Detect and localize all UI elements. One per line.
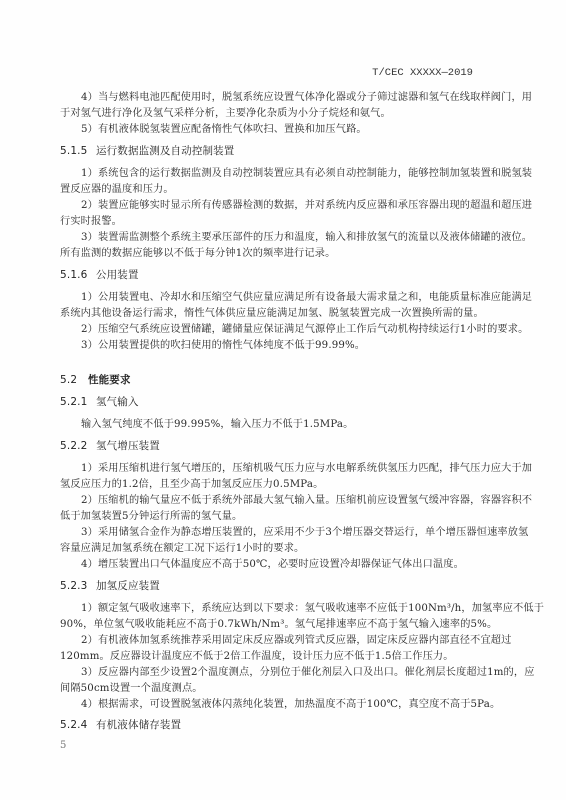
paragraph-line: 间隔50cm设置一个温度测点。	[60, 682, 203, 695]
section-heading-5-2-1: 5.2.1氢气输入	[60, 396, 139, 409]
paragraph-line: 4）增压装置出口气体温度应不高于50℃，必要时应设置冷却器保证气体出口温度。	[81, 558, 464, 571]
section-heading-5-2-2: 5.2.2氢气增压装置	[60, 440, 160, 453]
paragraph-line: 4）当与燃料电池匹配使用时，脱氢系统应设置气体净化器或分子筛过滤器和氢气在线取样…	[81, 91, 532, 104]
paragraph-line: 3）公用装置提供的吹扫使用的惰性气体纯度不低于99.99%。	[81, 339, 365, 352]
paragraph-line: 低于加氢装置5分钟运行所需的氢气量。	[60, 510, 242, 523]
paragraph-line: 120mm。反应器设计温度应不低于2倍工作温度，设计压力应不低于1.5倍工作压力…	[60, 650, 454, 663]
paragraph-line: 3）反应器内部至少设置2个温度测点，分别位于催化剂层入口及出口。催化剂层长度超过…	[81, 666, 535, 679]
section-number: 5.1.5	[60, 145, 96, 158]
paragraph-line: 4）根据需求，可设置脱氢液体闪蒸纯化装置，加热温度不高于100℃，真空度不高于5…	[81, 698, 500, 711]
paragraph-line: 容量应满足加氢系统在额定工况下运行1小时的要求。	[60, 542, 304, 555]
paragraph-line: 90%，单位氢气吸收能耗应不高于0.7kWh/Nm³。氢气尾排速率应不高于氢气输…	[60, 618, 497, 631]
paragraph-line: 1）系统包含的运行数据监测及自动控制装置应具有必须自动控制能力，能够控制加氢装置…	[81, 167, 532, 180]
paragraph-line: 2）压缩空气系统应设置储罐，罐储量应保证满足气源停止工作后气动机构持续运行1小时…	[81, 323, 528, 336]
section-title: 有机液体储存装置	[96, 719, 181, 731]
section-number: 5.2.3	[60, 580, 96, 593]
paragraph-line: 置反应器的温度和压力。	[60, 183, 174, 196]
paragraph-line: 2）有机液体加氢系统推荐采用固定床反应器或列管式反应器，固定床反应器内部直径不宜…	[81, 634, 511, 647]
section-number: 5.1.6	[60, 269, 96, 282]
section-number: 5.2	[60, 374, 88, 387]
section-number: 5.2.4	[60, 719, 96, 732]
section-heading-5-2: 5.2性能要求	[60, 374, 131, 387]
section-title: 加氢反应装置	[96, 580, 160, 592]
section-title: 公用装置	[96, 269, 139, 281]
paragraph-line: 系统内其他设备运行需求，惰性气体供应量应能满足加氢、脱氢装置完成一次置换所需的量…	[60, 307, 484, 320]
section-heading-5-1-5: 5.1.5运行数据监测及自动控制装置	[60, 145, 234, 158]
paragraph-line: 氢反应压力的1.2倍，且至少高于加氢反应压力0.5MPa。	[60, 478, 323, 491]
paragraph-line: 所有监测的数据应能够以不低于每分钟1次的频率进行记录。	[60, 247, 335, 260]
section-title: 性能要求	[88, 374, 131, 386]
paragraph-line: 3）采用储氢合金作为静态增压装置的，应采用不少于3个增压器交替运行，单个增压器恒…	[81, 526, 528, 539]
paragraph-line: 5）有机液体脱氢装置应配备惰性气体吹扫、置换和加压气路。	[81, 123, 367, 136]
paragraph-line: 于对氢气进行净化及氢气采样分析，主要净化杂质为小分子烷烃和氨气。	[60, 107, 391, 120]
paragraph-line: 2）压缩机的输气量应不低于系统外部最大氢气输入量。压缩机前应设置氢气缓冲容器，容…	[81, 494, 532, 507]
paragraph-line: 3）装置需监测整个系统主要承压部件的压力和温度，输入和排放氢气的流量以及液体储罐…	[81, 231, 532, 244]
paragraph-line: 1）额定氢气吸收速率下，系统应达到以下要求：氢气吸收速率不应低于100Nm³/h…	[81, 602, 544, 615]
standard-number: T/CEC XXXXX—2019	[372, 67, 473, 79]
paragraph-line: 2）装置应能够实时显示所有传感器检测的数据，并对系统内反应器和承压容器出现的超温…	[81, 199, 532, 212]
section-title: 运行数据监测及自动控制装置	[96, 145, 234, 157]
paragraph-line: 1）公用装置电、冷却水和压缩空气供应量应满足所有设备最大需求量之和，电能质量标准…	[81, 291, 532, 304]
section-number: 5.2.1	[60, 396, 96, 409]
page-number: 5	[60, 740, 66, 751]
section-title: 氢气增压装置	[96, 440, 160, 452]
section-heading-5-2-4: 5.2.4有机液体储存装置	[60, 719, 181, 732]
section-number: 5.2.2	[60, 440, 96, 453]
paragraph-line: 行实时报警。	[60, 215, 122, 228]
paragraph-line: 1）采用压缩机进行氢气增压的，压缩机吸气压力应与水电解系统供氢压力匹配，排气压力…	[81, 462, 532, 475]
section-heading-5-2-3: 5.2.3加氢反应装置	[60, 580, 160, 593]
paragraph-line: 输入氢气纯度不低于99.995%，输入压力不低于1.5MPa。	[81, 418, 353, 431]
section-title: 氢气输入	[96, 396, 139, 408]
section-heading-5-1-6: 5.1.6公用装置	[60, 269, 139, 282]
